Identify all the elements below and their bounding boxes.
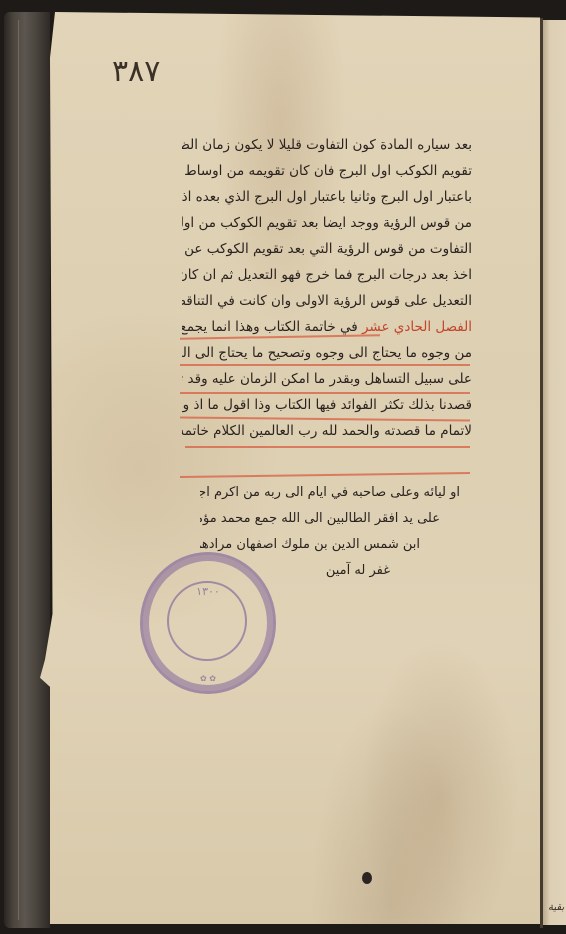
seal-center-text: ١٣٠٠ (143, 585, 273, 598)
red-rule (180, 392, 470, 394)
red-rule (180, 364, 470, 366)
catchword: بقية (548, 902, 564, 913)
red-rule (185, 446, 470, 448)
seal-ring-ornament: ✿ ✿ (143, 674, 273, 683)
text-line: قصدنا بذلك تكثر الفوائد فيها الكتاب وذا … (182, 392, 472, 418)
text-line: التفاوت من قوس الرؤية التي بعد تقويم الك… (182, 236, 472, 262)
book-binding (4, 12, 50, 928)
text-line: في خاتمة الكتاب وهذا انما يجمع ما ينفر ا… (182, 319, 358, 335)
text-line: على سبيل التساهل وبقدر ما امكن الزمان عل… (182, 366, 472, 392)
ink-blot (362, 872, 372, 884)
colophon-line: او ليائه وعلى صاحبه في ايام الى ربه من ا… (200, 480, 460, 506)
text-line: من وجوه ما يحتاج الى وجوه وتصحيح ما يحتا… (182, 340, 472, 366)
colophon-line: ابن شمس الدين بن ملوك اصفهان مرادهم (200, 532, 460, 558)
colophon-line: على يد افقر الطالبين الى الله جمع محمد م… (200, 506, 460, 532)
library-seal-stamp: ١٣٠٠ ✿ ✿ (140, 552, 276, 694)
adjacent-page-edge (543, 20, 566, 925)
text-line: التعديل على قوس الرؤية الاولى وان كانت ف… (182, 288, 472, 314)
text-line: بعد سیاره المادة كون التفاوت قليلا لا يك… (182, 132, 472, 158)
text-line: تقويم الكوكب اول البرج فان كان تقويمه من… (182, 158, 472, 184)
text-line: من قوس الرؤية ووجد ايضا بعد تقويم الكوكب… (182, 210, 472, 236)
text-line: اخذ بعد درجات البرج فما خرج فهو التعديل … (182, 262, 472, 288)
rubric-heading: الفصل الحادي عشر (362, 319, 472, 335)
folio-number: ٣٨٧ (112, 54, 160, 89)
text-line: لاتمام ما قصدته والحمد لله رب العالمين ا… (182, 418, 472, 444)
text-line: باعتبار اول البرج وثانيا باعتبار اول الب… (182, 184, 472, 210)
main-text-block: بعد سیاره المادة كون التفاوت قليلا لا يك… (182, 132, 472, 444)
